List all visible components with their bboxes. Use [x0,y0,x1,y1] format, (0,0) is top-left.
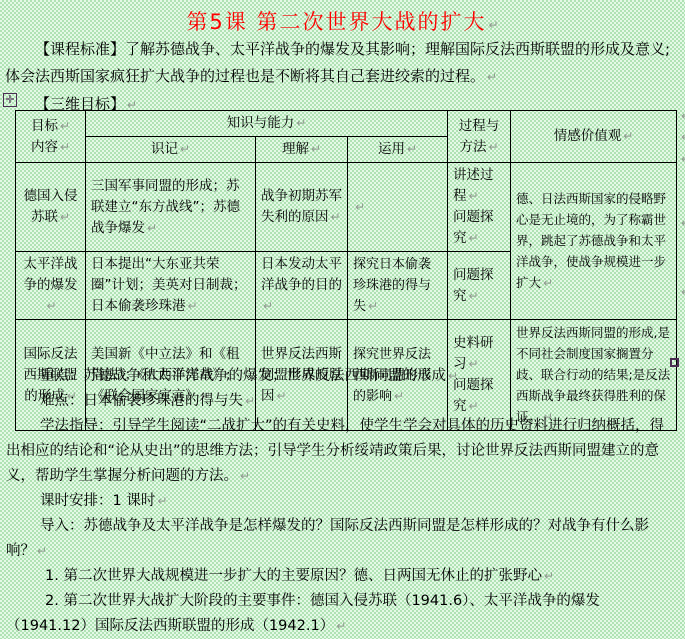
header-target-content: 目标↵ 内容↵ [16,111,86,163]
pilcrow-icon: ↵ [621,129,633,143]
cell-target-germany: 德国入侵苏联↵ [16,163,86,252]
pilcrow-icon: ↵ [238,469,250,483]
header-knowledge-ability: 知识与能力↵ [86,111,448,137]
cell-shiji-1: 三国军事同盟的形成；苏联建立“东方战线”；苏德战争爆发↵ [86,163,256,252]
table-move-handle-icon[interactable]: ✛ [3,93,17,107]
pilcrow-icon: ↵ [679,130,685,144]
pilcrow-icon: ↵ [446,369,458,383]
pilcrow-icon: ↵ [679,152,685,166]
pilcrow-icon: ↵ [486,18,498,32]
class-schedule-paragraph: 课时安排：1 课时↵ [6,489,674,514]
header-process-method: 过程与方法↵ [448,111,511,163]
pilcrow-icon: ↵ [353,200,365,214]
pilcrow-icon: ↵ [178,142,190,156]
cell-lijie-1: 战争初期苏军失利的原因↵ [256,163,348,252]
study-guidance-paragraph: 学法指导：引导学生阅读“二战扩大”的有关史料，使学生学会对具体的历史资料进行归纳… [6,414,674,489]
numbered-point-1: 1. 第二次世界大战规模进一步扩大的主要原因？德、日两国无休止的扩张野心↵ [6,564,674,589]
pilcrow-icon: ↵ [467,189,479,203]
cell-target-pacific: 太平洋战争的爆发↵ [16,252,86,320]
lesson-intro-paragraph: 导入：苏德战争及太平洋战争是怎样爆发的？国际反法西斯同盟是怎样形成的？对战争有什… [6,514,674,564]
pilcrow-icon: ↵ [467,231,479,245]
pilcrow-icon: ↵ [44,299,56,313]
document-page: 第5课 第二次世界大战的扩大↵ 【课程标准】了解苏德战争、太平洋战争的爆发及其影… [0,0,685,639]
cell-process-2: 问题探究↵ [448,252,511,320]
pilcrow-icon: ↵ [679,285,685,299]
pilcrow-icon: ↵ [679,216,685,230]
pilcrow-icon: ↵ [155,494,167,508]
header-shiji: 识记↵ [86,137,256,163]
pilcrow-icon: ↵ [467,289,479,303]
intro-section: 【课程标准】了解苏德战争、太平洋战争的爆发及其影响；理解国际反法西斯联盟的形成及… [5,36,679,119]
difficult-points-paragraph: 难点：日本偷袭珍珠港的得与失↵ [6,389,674,414]
pilcrow-icon: ↵ [541,276,553,290]
pilcrow-icon: ↵ [145,221,157,235]
pilcrow-icon: ↵ [486,140,498,154]
header-yunyong: 运用↵ [348,137,448,163]
key-points-paragraph: 重点：苏德战争和太平洋战争的爆发；世界反法西斯同盟的形成↵ [6,364,674,389]
pilcrow-icon: ↵ [243,394,255,408]
pilcrow-icon: ↵ [366,299,378,313]
title-row: 第5课 第二次世界大战的扩大↵ [0,6,685,36]
cell-yunyong-1-empty: ↵ [348,163,448,252]
table-row: 德国入侵苏联↵ 三国军事同盟的形成；苏联建立“东方战线”；苏德战争爆发↵ 战争初… [16,163,677,252]
cell-emotion-merged: 德、日法西斯国家的侵略野心是无止境的，为了称霸世界，跳起了苏德战争和太平洋战争，… [511,163,677,320]
pilcrow-icon: ↵ [405,142,417,156]
pilcrow-icon: ↵ [261,299,273,313]
pilcrow-icon: ↵ [58,210,70,224]
pilcrow-icon: ↵ [334,619,346,633]
header-emotion-value: 情感价值观↵ [511,111,677,163]
pilcrow-icon: ↵ [58,119,70,133]
cell-process-1: 讲述过程↵ 问题探究↵ [448,163,511,252]
cell-yunyong-2: 探究日本偷袭珍珠港的得与失↵ [348,252,448,320]
cell-shiji-2: 日本提出“大东亚共荣圈”计划；美英对日制裁；日本偷袭珍珠港↵ [86,252,256,320]
pilcrow-icon: ↵ [485,70,497,84]
header-lijie: 理解↵ [256,137,348,163]
cell-lijie-2: 日本发动太平洋战争的目的↵ [256,252,348,320]
lesson-notes-section: 重点：苏德战争和太平洋战争的爆发；世界反法西斯同盟的形成↵ 难点：日本偷袭珍珠港… [6,364,674,639]
course-standard-paragraph: 【课程标准】了解苏德战争、太平洋战争的爆发及其影响；理解国际反法西斯联盟的形成及… [5,36,679,91]
pilcrow-icon: ↵ [679,109,685,123]
page-title: 第5课 第二次世界大战的扩大 [186,10,486,34]
pilcrow-icon: ↵ [58,140,70,154]
pilcrow-icon: ↵ [186,299,198,313]
pilcrow-icon: ↵ [35,544,47,558]
pilcrow-icon: ↵ [294,116,306,130]
pilcrow-icon: ↵ [329,210,341,224]
numbered-point-2: 2. 第二次世界大战扩大阶段的主要事件：德国入侵苏联（1941.6）、太平洋战争… [6,589,674,639]
pilcrow-icon: ↵ [309,142,321,156]
table-header-row-1: 目标↵ 内容↵ 知识与能力↵ 过程与方法↵ 情感价值观↵ [16,111,677,137]
pilcrow-icon: ↵ [542,569,554,583]
